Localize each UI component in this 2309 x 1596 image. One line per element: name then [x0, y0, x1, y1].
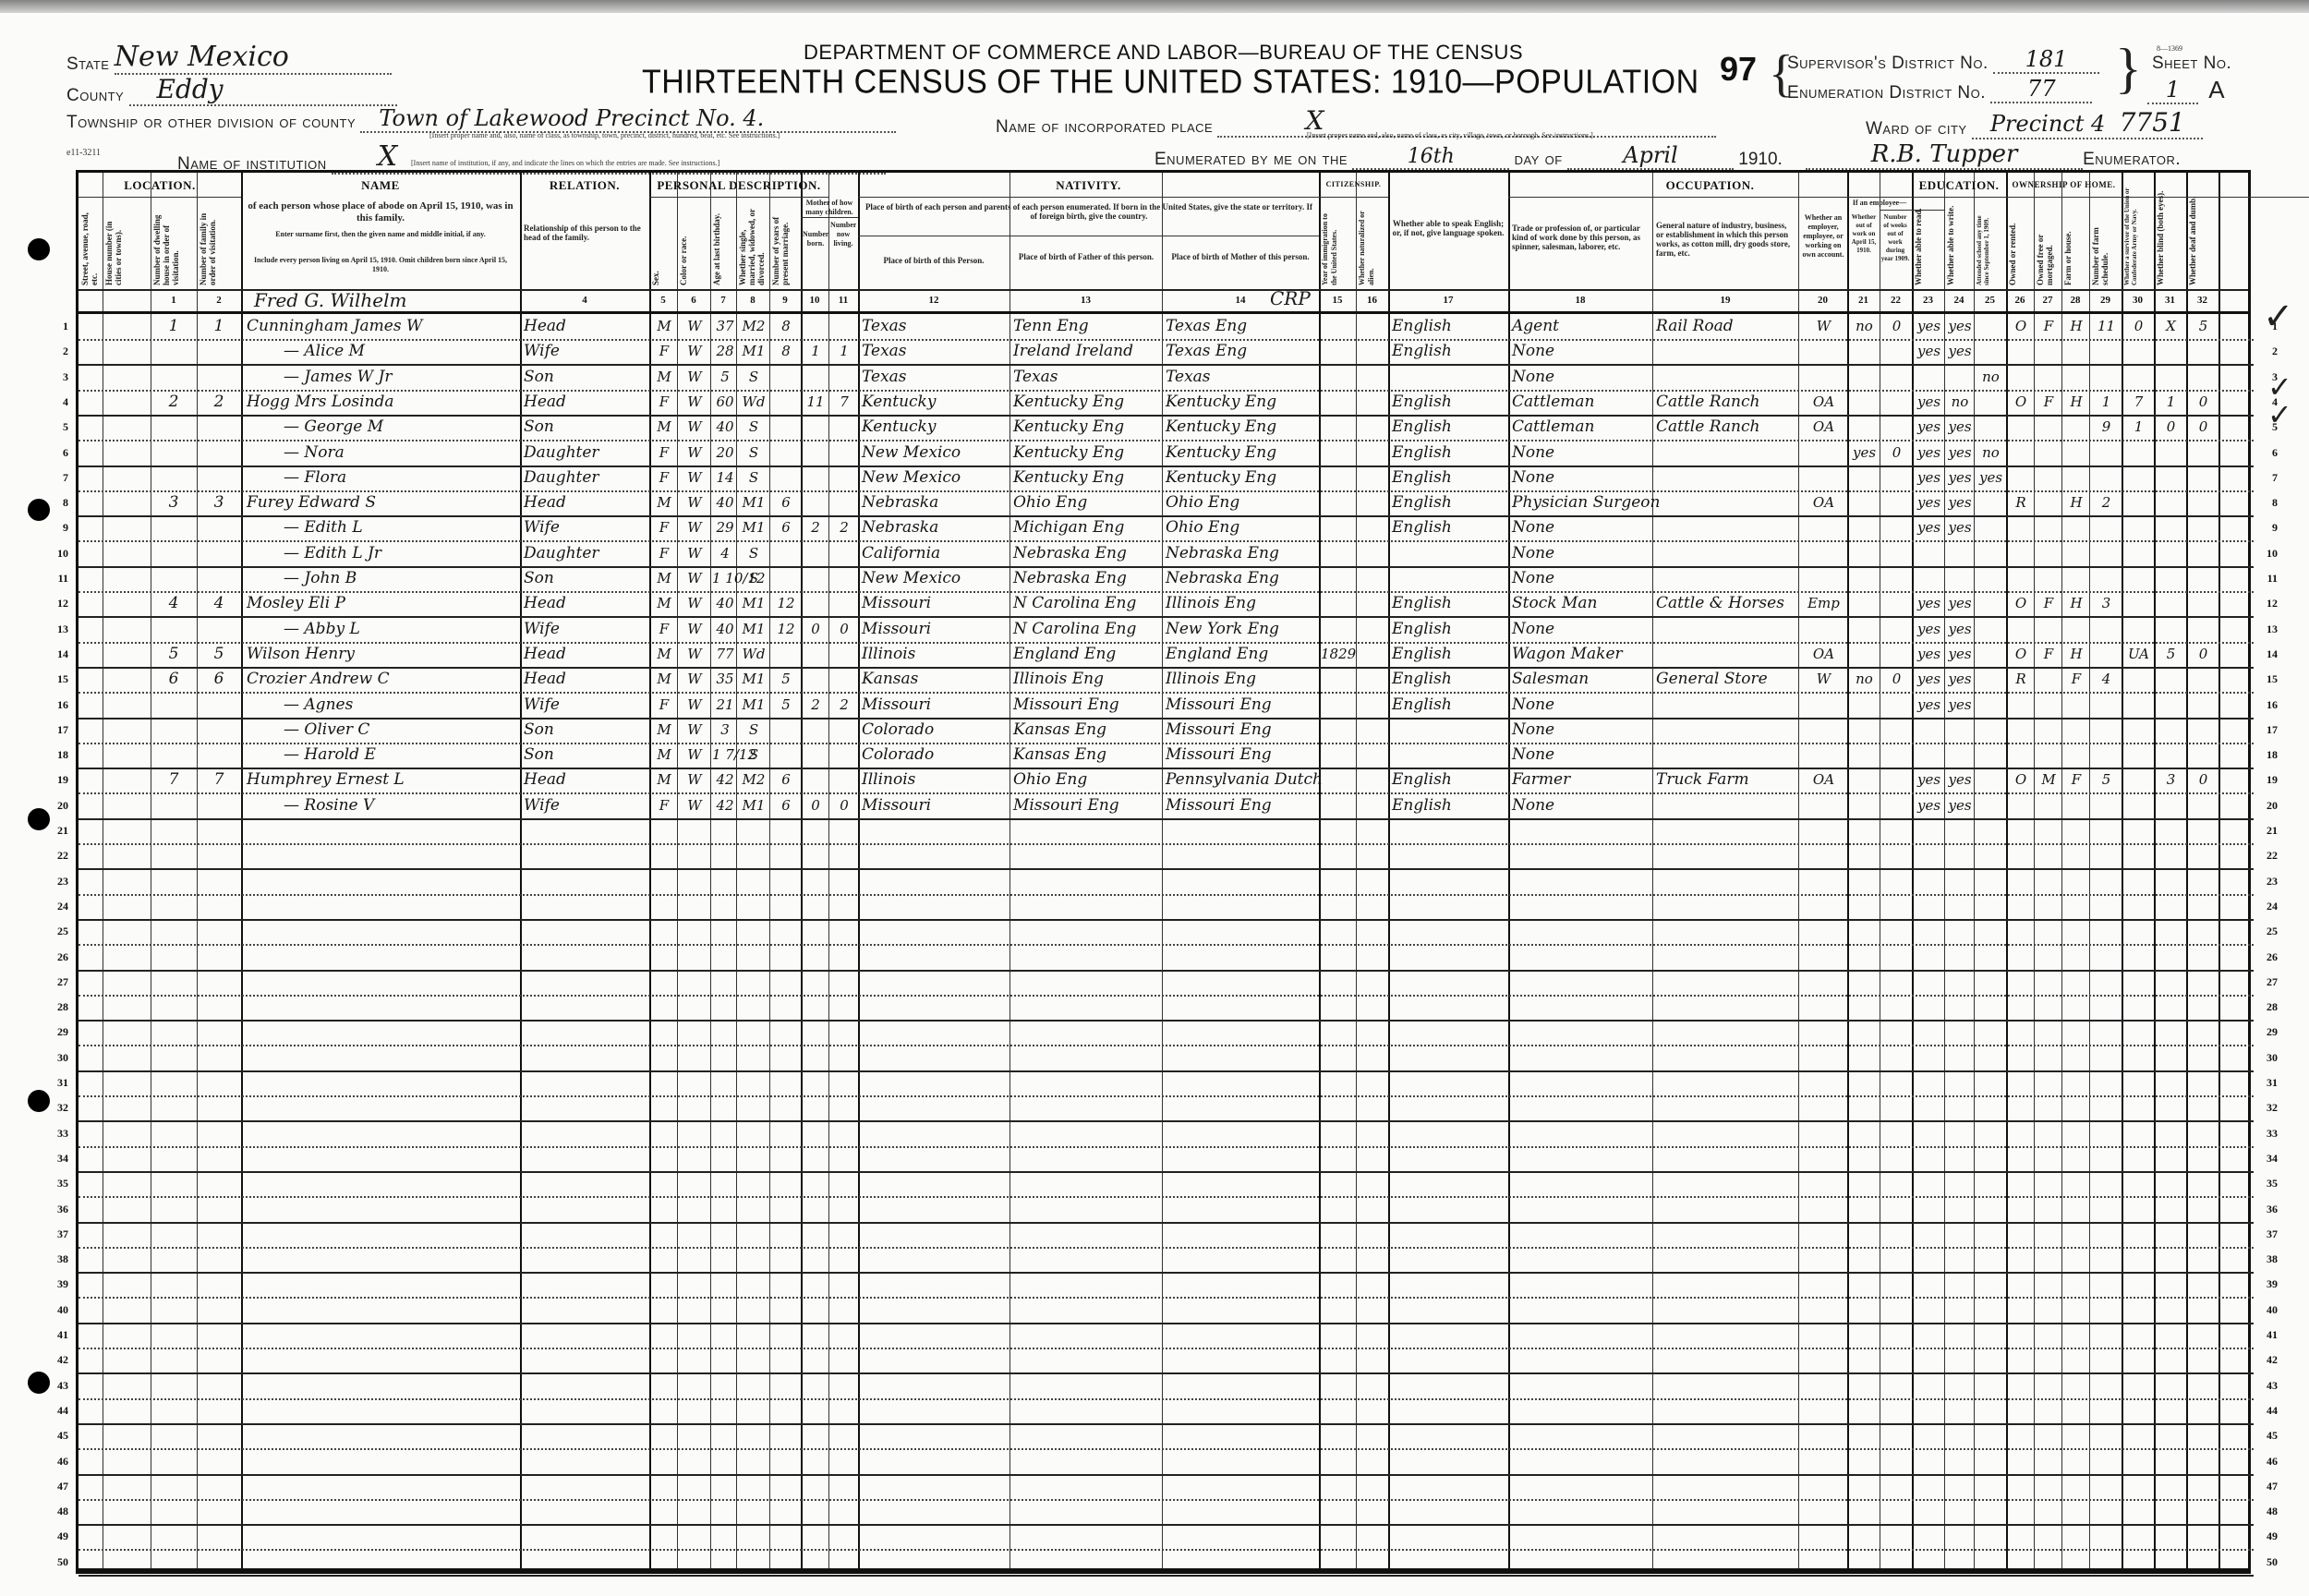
group-name: NAME: [241, 178, 520, 193]
cell-relation: Daughter: [524, 541, 649, 566]
cell-mother: New York Eng: [1166, 617, 1319, 642]
cell-sched: 2: [2091, 490, 2122, 515]
line-number: 12: [2255, 597, 2278, 611]
table-row: [79, 1298, 2254, 1324]
colnum: 21: [1847, 295, 1880, 306]
cell-dwelling: [152, 743, 195, 768]
table-row: [79, 1524, 2254, 1551]
cell-living: [830, 667, 858, 692]
cell-sex: M: [651, 667, 677, 692]
cell-nat: [1358, 743, 1388, 768]
cell-sex: F: [651, 541, 677, 566]
line-number: 38: [2255, 1252, 2278, 1266]
cell-industry: [1656, 743, 1798, 768]
cell-farm: H: [2063, 591, 2089, 616]
table-row: 55Wilson HenryHeadMW77WdIllinoisEngland …: [79, 642, 2254, 669]
colnum: 23: [1912, 295, 1944, 306]
cell-mother: Texas Eng: [1166, 314, 1319, 339]
cell-family: [199, 718, 239, 743]
table-row: [79, 1272, 2254, 1299]
cell-father: Illinois Eng: [1013, 667, 1161, 692]
cell-weeks: [1881, 490, 1912, 515]
sub-marital: Whether single, married, widowed, or div…: [738, 202, 768, 285]
cell-nat: [1358, 541, 1388, 566]
cell-trade: None: [1512, 718, 1652, 743]
cell-school: [1976, 415, 2006, 440]
cell-write: yes: [1946, 667, 1974, 692]
sub-employee: If an employee—: [1849, 199, 1910, 208]
sub-schedule: Number of farm schedule.: [2091, 202, 2120, 285]
cell-birth: Missouri: [862, 793, 1009, 818]
cell-mother: Texas: [1166, 365, 1319, 390]
cell-industry: General Store: [1656, 667, 1798, 692]
cell-father: Nebraska Eng: [1013, 541, 1161, 566]
colnum: 22: [1880, 295, 1912, 306]
cell-sched: [2091, 743, 2122, 768]
cell-imm: [1321, 591, 1356, 616]
sub-school: Attended school any time since September…: [1976, 202, 2004, 285]
cell-age: 42: [712, 793, 738, 818]
cell-school: [1976, 515, 2006, 540]
cell-father: Kentucky Eng: [1013, 390, 1161, 415]
cell-dwelling: [152, 617, 195, 642]
cell-outwork: no: [1849, 667, 1880, 692]
cell-marital: Wd: [738, 642, 769, 667]
cell-deaf: [2188, 793, 2218, 818]
cell-name: Crozier Andrew C: [247, 667, 520, 692]
cell-dwelling: [152, 566, 195, 591]
line-number: 50: [2255, 1555, 2278, 1569]
cell-marital: S: [738, 718, 769, 743]
cell-family: [199, 415, 239, 440]
cell-relation: Daughter: [524, 465, 649, 490]
cell-name: — Flora: [247, 465, 557, 490]
cell-sex: M: [651, 642, 677, 667]
cell-relation: Son: [524, 718, 649, 743]
line-number: 42: [2255, 1353, 2278, 1367]
table-row: [79, 1020, 2254, 1046]
line-number: 6: [46, 446, 68, 460]
line-number: 19: [2255, 773, 2278, 787]
table-row: [79, 919, 2254, 946]
cell-born: [803, 541, 828, 566]
sub-immigration: Year of immigration to the United States…: [1321, 202, 1354, 285]
sub-blind: Whether blind (both eyes).: [2156, 176, 2184, 285]
cell-birth: Kentucky: [862, 415, 1009, 440]
cell-age: 40: [712, 617, 738, 642]
cell-farm: H: [2063, 642, 2089, 667]
cell-employ: [1800, 541, 1847, 566]
line-number: 45: [2255, 1429, 2278, 1443]
cell-nat: [1358, 490, 1388, 515]
cell-marital: S: [738, 465, 769, 490]
cell-mother: Texas Eng: [1166, 339, 1319, 364]
cell-living: [830, 441, 858, 465]
cell-trade: None: [1512, 693, 1652, 718]
cell-sex: F: [651, 339, 677, 364]
group-relation: RELATION.: [520, 178, 649, 193]
table-row: — Abby LWifeFW40M11200MissouriN Carolina…: [79, 617, 2254, 644]
cell-weeks: [1881, 566, 1912, 591]
line-number: 12: [46, 597, 68, 611]
cell-name: — John B: [247, 566, 557, 591]
line-number: 49: [2255, 1529, 2278, 1543]
cell-birth: Texas: [862, 339, 1009, 364]
cell-surv: 0: [2123, 314, 2154, 339]
cell-free: [2036, 339, 2061, 364]
cell-farm: F: [2063, 768, 2089, 792]
sub-street: Street, avenue, road, etc.: [80, 202, 101, 285]
cell-marital: S: [738, 365, 769, 390]
year-value: 1910.: [1738, 150, 1783, 169]
cell-family: 1: [199, 314, 239, 339]
cell-employ: [1800, 441, 1847, 465]
cell-farm: [2063, 743, 2089, 768]
cell-school: [1976, 768, 2006, 792]
line-number: 34: [46, 1152, 68, 1166]
county-field: County Eddy: [66, 74, 397, 106]
cell-school: [1976, 718, 2006, 743]
cell-living: 7: [830, 390, 858, 415]
cell-years: 6: [771, 768, 801, 792]
cell-industry: [1656, 693, 1798, 718]
colnum: 5: [649, 295, 677, 306]
cell-industry: [1656, 642, 1798, 667]
cell-own: [2008, 441, 2034, 465]
cell-sex: F: [651, 441, 677, 465]
cell-blind: 5: [2156, 642, 2186, 667]
cell-marital: S: [738, 566, 769, 591]
cell-marital: M1: [738, 339, 769, 364]
cell-english: English: [1392, 490, 1508, 515]
cell-mother: Ohio Eng: [1166, 490, 1319, 515]
cell-own: [2008, 515, 2034, 540]
month-value: April: [1623, 142, 1678, 168]
cell-english: English: [1392, 415, 1508, 440]
cell-age: 35: [712, 667, 738, 692]
cell-weeks: [1881, 768, 1912, 792]
sub-family: Number of family in order of visitation.: [199, 202, 239, 285]
cell-school: [1976, 541, 2006, 566]
state-field: State New Mexico: [66, 41, 392, 75]
sub-born: Number born.: [803, 230, 828, 248]
cell-mother: Kentucky Eng: [1166, 390, 1319, 415]
cell-father: Kentucky Eng: [1013, 441, 1161, 465]
cell-outwork: no: [1849, 314, 1880, 339]
cell-sched: 11: [2091, 314, 2122, 339]
cell-imm: [1321, 718, 1356, 743]
cell-color: W: [679, 743, 710, 768]
cell-born: 11: [803, 390, 828, 415]
cell-family: 3: [199, 490, 239, 515]
line-number: 15: [2255, 672, 2278, 686]
cell-age: 3: [712, 718, 738, 743]
cell-birth: Texas: [862, 365, 1009, 390]
cell-blind: X: [2156, 314, 2186, 339]
cell-industry: [1656, 339, 1798, 364]
cell-living: [830, 465, 858, 490]
cell-school: yes: [1976, 465, 2006, 490]
line-number: 40: [2255, 1303, 2278, 1317]
cell-born: [803, 566, 828, 591]
cell-farm: [2063, 515, 2089, 540]
cell-read: yes: [1914, 591, 1944, 616]
cell-english: [1392, 541, 1508, 566]
line-number: 21: [46, 824, 68, 838]
cell-relation: Head: [524, 667, 649, 692]
cell-dwelling: 1: [152, 314, 195, 339]
colnum: 32: [2186, 295, 2218, 306]
cell-deaf: [2188, 365, 2218, 390]
ward-value: Precinct 4: [1990, 111, 2105, 137]
cell-read: yes: [1914, 390, 1944, 415]
cell-sex: F: [651, 465, 677, 490]
cell-write: yes: [1946, 339, 1974, 364]
sub-relation: Relationship of this person to the head …: [524, 224, 646, 242]
cell-weeks: [1881, 743, 1912, 768]
cell-deaf: [2188, 465, 2218, 490]
cell-mother: Kentucky Eng: [1166, 441, 1319, 465]
cell-name: — Harold E: [247, 743, 557, 768]
line-number: 31: [2255, 1076, 2278, 1090]
stamp-number: 97: [1720, 50, 1757, 89]
cell-color: W: [679, 441, 710, 465]
table-row: [79, 1348, 2254, 1374]
cell-living: [830, 718, 858, 743]
line-number: 24: [46, 900, 68, 913]
line-number: 18: [46, 748, 68, 762]
cell-trade: Cattleman: [1512, 415, 1652, 440]
cell-sex: M: [651, 768, 677, 792]
table-row: [79, 843, 2254, 870]
cell-school: [1976, 617, 2006, 642]
cell-blind: [2156, 515, 2186, 540]
cell-deaf: 0: [2188, 415, 2218, 440]
table-row: [79, 1146, 2254, 1173]
cell-born: 2: [803, 693, 828, 718]
cell-color: W: [679, 339, 710, 364]
cell-write: yes: [1946, 642, 1974, 667]
cell-weeks: [1881, 365, 1912, 390]
cell-farm: [2063, 718, 2089, 743]
cell-living: [830, 642, 858, 667]
line-number: 8: [2255, 496, 2278, 510]
cell-trade: None: [1512, 365, 1652, 390]
sub-out-of-work: Whether out of work on April 15, 1910.: [1849, 213, 1879, 255]
cell-years: 6: [771, 793, 801, 818]
cell-weeks: [1881, 693, 1912, 718]
cell-write: yes: [1946, 515, 1974, 540]
cell-family: 6: [199, 667, 239, 692]
table-row: [79, 1095, 2254, 1122]
cell-school: [1976, 390, 2006, 415]
cell-write: yes: [1946, 768, 1974, 792]
cell-marital: M1: [738, 667, 769, 692]
cell-birth: Nebraska: [862, 490, 1009, 515]
colnum: 28: [2061, 295, 2089, 306]
group-nativity: NATIVITY.: [858, 178, 1319, 193]
cell-outwork: [1849, 768, 1880, 792]
cell-weeks: 0: [1881, 667, 1912, 692]
cell-years: [771, 415, 801, 440]
cell-born: 0: [803, 617, 828, 642]
cell-living: [830, 566, 858, 591]
cell-deaf: 5: [2188, 314, 2218, 339]
line-number: 36: [2255, 1203, 2278, 1216]
cell-living: 0: [830, 793, 858, 818]
cell-farm: [2063, 617, 2089, 642]
sub-birth-mother: Place of birth of Mother of this person.: [1166, 252, 1315, 261]
cell-school: [1976, 743, 2006, 768]
cell-sex: M: [651, 718, 677, 743]
cell-own: [2008, 693, 2034, 718]
table-row: [79, 945, 2254, 972]
cell-sex: M: [651, 490, 677, 515]
cell-own: O: [2008, 642, 2034, 667]
cell-birth: Illinois: [862, 768, 1009, 792]
cell-imm: [1321, 314, 1356, 339]
sub-english: Whether able to speak English; or, if no…: [1392, 219, 1505, 237]
cell-color: W: [679, 490, 710, 515]
line-number: 46: [2255, 1455, 2278, 1469]
colnum: 24: [1944, 295, 1974, 306]
cell-sched: [2091, 642, 2122, 667]
cell-sex: M: [651, 415, 677, 440]
checker-initials: CRP: [1270, 287, 1311, 309]
dept-title: DEPARTMENT OF COMMERCE AND LABOR—BUREAU …: [804, 41, 1523, 65]
cell-nat: [1358, 465, 1388, 490]
cell-father: N Carolina Eng: [1013, 591, 1161, 616]
cell-sched: 1: [2091, 390, 2122, 415]
cell-color: W: [679, 365, 710, 390]
cell-years: [771, 743, 801, 768]
line-number: 27: [2255, 975, 2278, 989]
cell-mother: Ohio Eng: [1166, 515, 1319, 540]
cell-father: Kentucky Eng: [1013, 415, 1161, 440]
cell-write: [1946, 743, 1974, 768]
cell-marital: M1: [738, 617, 769, 642]
cell-school: [1976, 490, 2006, 515]
cell-imm: [1321, 541, 1356, 566]
cell-school: [1976, 693, 2006, 718]
cell-nat: [1358, 339, 1388, 364]
line-number: 48: [2255, 1505, 2278, 1518]
table-row: [79, 1070, 2254, 1097]
sub-farm: Farm or house.: [2063, 202, 2087, 285]
cell-blind: [2156, 339, 2186, 364]
cell-deaf: [2188, 339, 2218, 364]
cell-living: [830, 314, 858, 339]
line-number: 9: [46, 521, 68, 535]
cell-years: 5: [771, 693, 801, 718]
cell-sched: [2091, 793, 2122, 818]
line-number: 13: [2255, 623, 2278, 636]
cell-sex: F: [651, 515, 677, 540]
hline: [1319, 197, 1388, 198]
cell-free: [2036, 541, 2061, 566]
cell-trade: Agent: [1512, 314, 1652, 339]
cell-relation: Head: [524, 642, 649, 667]
sub-naturalized: Whether naturalized or alien.: [1358, 202, 1386, 285]
ward-field: Ward of city Precinct 4 7751: [1866, 107, 2203, 139]
cell-dwelling: [152, 365, 195, 390]
cell-english: English: [1392, 793, 1508, 818]
cell-industry: [1656, 490, 1798, 515]
cell-living: 2: [830, 515, 858, 540]
cell-relation: Head: [524, 768, 649, 792]
cell-sched: 9: [2091, 415, 2122, 440]
cell-years: [771, 541, 801, 566]
cell-outwork: [1849, 415, 1880, 440]
cell-farm: H: [2063, 490, 2089, 515]
cell-living: [830, 591, 858, 616]
line-number: 20: [2255, 799, 2278, 813]
cell-english: English: [1392, 693, 1508, 718]
cell-father: Michigan Eng: [1013, 515, 1161, 540]
table-row: [79, 1121, 2254, 1148]
hline: [801, 217, 858, 218]
cell-imm: [1321, 768, 1356, 792]
line-number: 2: [2255, 345, 2278, 358]
cell-weeks: [1881, 515, 1912, 540]
cell-father: Kansas Eng: [1013, 743, 1161, 768]
cell-weeks: [1881, 617, 1912, 642]
cell-father: Texas: [1013, 365, 1161, 390]
cell-marital: M1: [738, 591, 769, 616]
cell-years: [771, 441, 801, 465]
line-number: 39: [2255, 1277, 2278, 1291]
cell-blind: 3: [2156, 768, 2186, 792]
colnum: 15: [1319, 295, 1356, 306]
cell-color: W: [679, 768, 710, 792]
cell-surv: [2123, 693, 2154, 718]
cell-birth: Illinois: [862, 642, 1009, 667]
cell-free: [2036, 490, 2061, 515]
cell-deaf: [2188, 490, 2218, 515]
cell-imm: 1829: [1321, 642, 1356, 667]
table-row: — AgnesWifeFW21M1522MissouriMissouri Eng…: [79, 693, 2254, 719]
cell-nat: [1358, 667, 1388, 692]
line-number: 14: [2255, 647, 2278, 661]
cell-born: [803, 441, 828, 465]
cell-weeks: [1881, 793, 1912, 818]
cell-imm: [1321, 693, 1356, 718]
cell-free: [2036, 617, 2061, 642]
cell-years: 12: [771, 617, 801, 642]
cell-marital: S: [738, 441, 769, 465]
cell-weeks: [1881, 390, 1912, 415]
cell-sched: 3: [2091, 591, 2122, 616]
cell-free: [2036, 793, 2061, 818]
table-row: [79, 970, 2254, 997]
cell-farm: [2063, 541, 2089, 566]
line-number: 50: [46, 1555, 68, 1569]
cell-write: yes: [1946, 693, 1974, 718]
group-education: EDUCATION.: [1912, 178, 2006, 193]
cell-free: F: [2036, 591, 2061, 616]
cell-color: W: [679, 566, 710, 591]
line-number: 1: [46, 320, 68, 333]
cell-name: — Agnes: [247, 693, 557, 718]
cell-employ: [1800, 718, 1847, 743]
cell-read: yes: [1914, 667, 1944, 692]
sheet-field: 1 A: [2147, 76, 2225, 104]
cell-industry: [1656, 541, 1798, 566]
cell-employ: [1800, 365, 1847, 390]
cell-trade: Salesman: [1512, 667, 1652, 692]
cell-marital: S: [738, 743, 769, 768]
incorporated-hint: [Insert proper name and, also, name of c…: [1307, 131, 1593, 139]
